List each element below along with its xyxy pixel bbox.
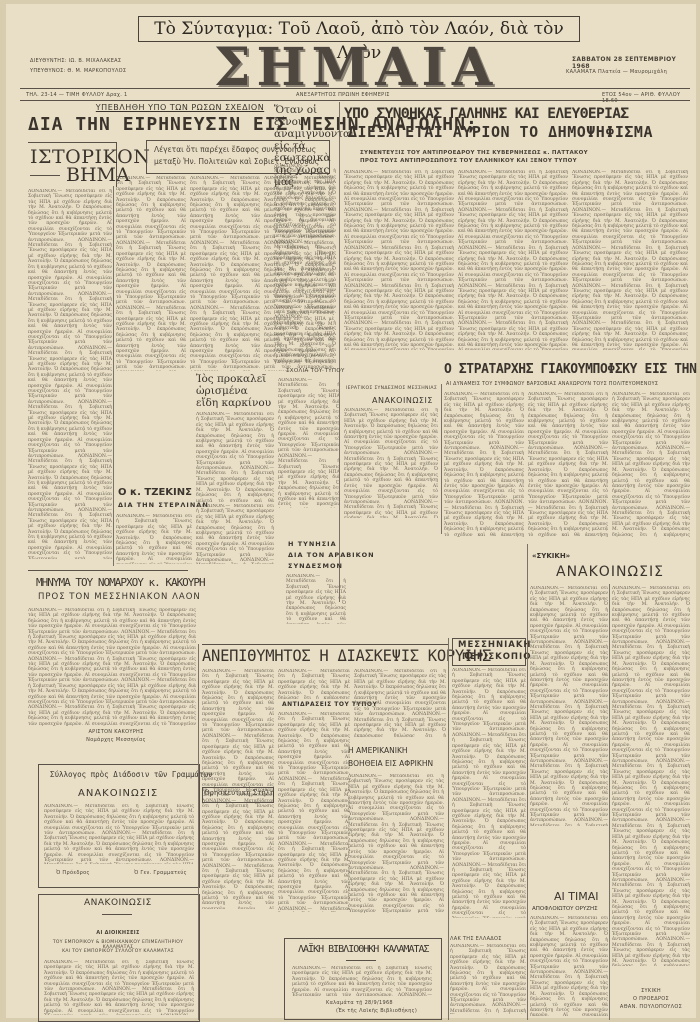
press-reactions-body: ΛΟΝΔΙΝΟΝ.— Μεταδίδεται ὅτι ἡ Σοβιετικὴ Ἕ… — [278, 712, 350, 912]
cancer-line-1: Ἰὸς προκαλεῖ — [196, 373, 286, 385]
sykiki-label: «ΣΥΚΙΚΗ» — [532, 552, 570, 560]
messene-body: ΛΟΝΔΙΝΟΝ.— Μεταδίδεται ὅτι ἡ Σοβιετικὴ Ἕ… — [344, 408, 438, 518]
sykiki-body-col1: ΛΟΝΔΙΝΟΝ.— Μεταδίδεται ὅτι ἡ Σοβιετικὴ Ἕ… — [530, 586, 608, 826]
historikon-line — [30, 175, 60, 176]
foreign-line-1: Ὅταν οἱ ξένοι — [274, 104, 336, 128]
lak-body: ΛΟΝΔΙΝΟΝ.— Μεταδίδεται ὅτι ἡ Σοβιετικὴ Ἕ… — [450, 944, 526, 1014]
press-comments-body: ΛΟΝΔΙΝΟΝ.— Μεταδίδεται ὅτι ἡ Σοβιετικὴ Ἕ… — [278, 378, 340, 508]
phone-price: ΤΗΛ. 23-14 — ΤΙΜΗ ΦΥΛΛΟΥ Δραχ. 1 — [26, 92, 127, 98]
sykiki-headline: ΑΝΑΚΟΙΝΩΣΙΣ — [556, 564, 664, 580]
sykiki-body-col2: ΛΟΝΔΙΝΟΝ.— Μεταδίδεται ὅτι ἡ Σοβιετικὴ Ἕ… — [612, 586, 690, 966]
tagline: ΑΝΕΞΑΡΤΗΤΟΣ ΠΡΩΙΝΗ ΕΦΗΜΕΡΙΣ — [296, 92, 390, 98]
press-comments-heading: ΣΧΟΛΙΑ ΤΟΥ ΤΥΠΟΥ — [286, 368, 345, 374]
foreign-line-3: εἰς τὰ ἐσωτερικὰ — [274, 140, 336, 164]
mideast-body-col2: ΛΟΝΔΙΝΟΝ.— Μεταδίδεται ὅτι ἡ Σοβιετικὴ Ἕ… — [190, 176, 260, 371]
location-line: ΚΑΛΑΜΑΤΑ Πλατεία — Μαυρομιχάλη — [566, 69, 667, 75]
issue-number: ΕΤΟΣ 54ον — ΑΡΙΘ. ΦΥΛΛΟΥ 18.60 — [602, 92, 696, 104]
summit-rule — [202, 644, 448, 645]
newspaper-page: Τὸ Σύνταγμα: Τοῦ Λαοῦ, ἀπὸ τὸν Λαόν, διὰ… — [6, 4, 696, 1018]
cancer-line-2: ὡρισμένα — [196, 385, 286, 397]
prices-headline-2: ΑΠΟΦΛΟΙΩΤΟΥ ΟΡΥΖΗΣ — [532, 906, 598, 912]
prague-body-col3: ΛΟΝΔΙΝΟΝ.— Μεταδίδεται ὅτι ἡ Σοβιετικὴ Ἕ… — [612, 392, 690, 537]
historikon-body: ΛΟΝΔΙΝΟΝ.— Μεταδίδεται ὅτι ἡ Σοβιετικὴ Ἕ… — [28, 189, 112, 559]
referendum-sub2: ΠΡΟΣ ΤΟΥΣ ΑΝΤΙΠΡΟΣΩΠΟΥΣ ΤΟΥ ΕΛΛΗΝΙΚΟΥ ΚΑ… — [360, 158, 577, 164]
summit-body-col3: ΛΟΝΔΙΝΟΝ.— Μεταδίδεται ὅτι ἡ Σοβιετικὴ Ἕ… — [354, 669, 446, 737]
chamber-line-1: ΑΙ ΔΙΟΙΚΗΣΕΙΣ — [40, 930, 196, 936]
lak-label: ΛΑΚ ΤΗΣ ΕΛΛΑΔΟΣ — [450, 936, 502, 942]
tunisia-line-2: ΔΙΑ ΤΟΝ ΑΡΑΒΙΚΟΝ — [288, 550, 375, 561]
column-rule — [448, 638, 449, 1020]
library-body: ΛΟΝΔΙΝΟΝ.— Μεταδίδεται ὅτι ἡ Σοβιετικὴ Ἕ… — [292, 966, 432, 996]
column-rule — [113, 186, 114, 566]
cancer-body: ΛΟΝΔΙΝΟΝ.— Μεταδίδεται ὅτι ἡ Σοβιετικὴ Ἕ… — [196, 412, 274, 502]
director-line: ΔΙΕΥΘΥΝΤΗΣ: ΙΩ. Β. ΜΙΧΑΛΑΚΕΑΣ — [30, 58, 121, 64]
masthead-rule — [20, 88, 690, 89]
messinia-title-2: ΠΕΡΙΣΚΟΠΙΟ — [462, 652, 531, 662]
library-headline: ΛΑΪΚΗ ΒΙΒΛΙΟΘΗΚΗ ΚΑΛΑΜΑΤΑΣ — [298, 944, 429, 955]
library-rule — [346, 960, 376, 961]
prefect-title: Νομάρχης Μεσσηνίας — [76, 737, 156, 743]
chamber-body: ΛΟΝΔΙΝΟΝ.— Μεταδίδεται ὅτι ἡ Σοβιετικὴ Ἕ… — [44, 960, 194, 1015]
cancer-headline: Ἰὸς προκαλεῖ ὡρισμένα εἴδη καρκίνου — [196, 373, 286, 409]
letters-sign-1: Ὁ Πρόεδρος — [56, 870, 90, 876]
letters-body: ΛΟΝΔΙΝΟΝ.— Μεταδίδεται ὅτι ἡ Σοβιετικὴ Ἕ… — [44, 804, 194, 864]
letters-sign-2: Ὁ Γεν. Γραμματεύς — [134, 870, 187, 876]
column-rule — [441, 384, 442, 534]
america-body: ΛΟΝΔΙΝΟΝ.— Μεταδίδεται ὅτι ἡ Σοβιετικὴ Ἕ… — [348, 774, 444, 914]
tzekins-headline-1: Ο κ. ΤΖΕΚΙΝΣ — [118, 487, 192, 498]
prefect-body: ΛΟΝΔΙΝΟΝ.— Μεταδίδεται ὅτι ἡ Σοβιετικὴ Ἕ… — [28, 608, 196, 726]
messinia-body: ΛΟΝΔΙΝΟΝ.— Μεταδίδεται ὅτι ἡ Σοβιετικὴ Ἕ… — [452, 668, 526, 918]
column-rule — [527, 544, 528, 1020]
chamber-line-3: ΚΑΙ ΤΟΥ ΕΜΠΟΡΙΚΟΥ ΣΥΛΛΟΓΟΥ ΚΑΛΑΜΑΤΑΣ — [40, 949, 196, 954]
tunisia-headline: Η ΤΥΝΗΣΙΑ ΔΙΑ ΤΟΝ ΑΡΑΒΙΚΟΝ ΣΥΝΔΕΣΜΟΝ — [288, 539, 375, 572]
column-rule — [198, 644, 199, 1020]
referendum-body-col1: ΛΟΝΔΙΝΟΝ.— Μεταδίδεται ὅτι ἡ Σοβιετικὴ Ἕ… — [344, 170, 454, 350]
tzekins-body: ΛΟΝΔΙΝΟΝ.— Μεταδίδεται ὅτι ἡ Σοβιετικὴ Ἕ… — [116, 514, 192, 564]
sykiki-sign-1: ΣΥΚΙΚΗ — [612, 988, 690, 994]
prague-body-col1: ΛΟΝΔΙΝΟΝ.— Μεταδίδεται ὅτι ἡ Σοβιετικὴ Ἕ… — [444, 392, 524, 537]
prefect-headline-2: ΠΡΟΣ ΤΟΝ ΜΕΣΣΗΝΙΑΚΟΝ ΛΑΟΝ — [38, 592, 201, 602]
referendum-body-col3: ΛΟΝΔΙΝΟΝ.— Μεταδίδεται ὅτι ἡ Σοβιετικὴ Ἕ… — [572, 170, 688, 350]
prefect-rule — [28, 570, 188, 571]
tunisia-line-1: Η ΤΥΝΗΣΙΑ — [288, 539, 375, 550]
newspaper-title: ΣΗΜΑΙΑ — [206, 44, 506, 92]
foreign-line-2: ἀναμιγνύονται — [274, 128, 336, 140]
religious-heading: Θρησκευτικὴ Στήλη — [204, 789, 274, 797]
referendum-headline-2: ΔΙΕΞΑΓΕΤΑΙ ΑΥΡΙΟΝ ΤΟ ΔΗΜΟΨΗΦΙΣΜΑ — [348, 123, 653, 141]
letters-notice: ΑΝΑΚΟΙΝΩΣΙΣ — [78, 788, 158, 799]
messene-notice: ΑΝΑΚΟΙΝΩΣΙΣ — [372, 396, 433, 405]
foreign-body: ΛΟΝΔΙΝΟΝ.— Μεταδίδεται ὅτι ἡ Σοβιετικὴ Ἕ… — [274, 164, 336, 364]
cancer-line-3: εἴδη καρκίνου — [196, 397, 286, 409]
messinia-title-1: ΜΕΣΣΗΝΙΑΚΗ — [458, 640, 532, 650]
prague-body-col2: ΛΟΝΔΙΝΟΝ.— Μεταδίδεται ὅτι ἡ Σοβιετικὴ Ἕ… — [528, 392, 608, 537]
prefect-headline-1: ΜΗΝΥΜΑ ΤΟΥ ΝΟΜΑΡΧΟΥ κ. ΚΑΚΟΥΡΗ — [36, 576, 205, 589]
referendum-headline-1: ΥΠΟ ΣΥΝΘΗΚΑΣ ΓΑΛΗΝΗΣ ΚΑΙ ΕΛΕΥΘΕΡΙΑΣ — [344, 106, 629, 122]
prague-subhead: ΑΙ ΔΥΝΑΜΕΙΣ ΤΟΥ ΣΥΜΦΩΝΟΥ ΒΑΡΣΟΒΙΑΣ ΑΝΑΧΩ… — [446, 382, 658, 387]
chamber-rule — [102, 914, 132, 915]
america-line-2: ΒΟΗΘΕΙΑ ΕΙΣ ΑΦΡΙΚΗΝ — [348, 757, 433, 770]
library-date: Καλαμάτα τῇ 28/9/1968 — [326, 1000, 393, 1006]
prices-body: ΛΟΝΔΙΝΟΝ.— Μεταδίδεται ὅτι ἡ Σοβιετικὴ Ἕ… — [530, 916, 608, 1016]
america-headline: Η ΑΜΕΡΙΚΑΝΙΚΗ ΒΟΗΘΕΙΑ ΕΙΣ ΑΦΡΙΚΗΝ — [348, 744, 433, 770]
dateline-rule — [20, 100, 690, 101]
referendum-body-col2: ΛΟΝΔΙΝΟΝ.— Μεταδίδεται ὅτι ἡ Σοβιετικὴ Ἕ… — [458, 170, 568, 350]
issue-date: ΣΑΒΒΑΤΟΝ 28 ΣΕΠΤΕΜΒΡΙΟΥ 1968 — [572, 56, 696, 70]
messene-assoc: ΙΕΡΑΤΙΚΟΣ ΣΥΝΔΕΣΜΟΣ ΜΕΣΣΗΝΙΑΣ — [346, 386, 437, 391]
column-rule — [339, 102, 340, 602]
referendum-sub1: ΣΥΝΕΝΤΕΥΞΙΣ ΤΟΥ ΑΝΤΙΠΡΟΕΔΡΟΥ ΤΗΣ ΚΥΒΕΡΝΗ… — [360, 150, 588, 156]
chamber-notice: ΑΝΑΚΟΙΝΩΣΙΣ — [84, 898, 152, 908]
column-rule — [609, 584, 610, 1020]
america-line-1: Η ΑΜΕΡΙΚΑΝΙΚΗ — [348, 744, 433, 757]
sykiki-sign-3: ΑΘΑΝ. ΠΟΥΛΟΠΟΥΛΟΣ — [612, 1004, 690, 1010]
sykiki-sign-2: Ο ΠΡΟΕΔΡΟΣ — [612, 996, 690, 1002]
mideast-continued: ΛΟΝΔΙΝΟΝ.— Μεταδίδεται ὅτι ἡ Σοβιετικὴ Ἕ… — [196, 504, 274, 564]
responsible-line: ΥΠΕΥΘΥΝΟΣ: Θ. Μ. ΜΑΡΚΟΠΟΥΛΟΣ — [30, 68, 126, 74]
tunisia-line-3: ΣΥΝΔΕΣΜΟΝ — [288, 561, 375, 572]
mideast-body-col1: ΛΟΝΔΙΝΟΝ.— Μεταδίδεται ὅτι ἡ Σοβιετικὴ Ἕ… — [116, 176, 186, 371]
prague-headline: Ο ΣΤΡΑΤΑΡΧΗΣ ΓΙΑΚΟΥΜΠΟΦΣΚΥ ΕΙΣ ΤΗΝ ΠΡΑΓΑ… — [444, 362, 700, 377]
prefect-signature: ΑΡΙΣΤΟΝ ΚΑΚΟΥΡΗΣ — [76, 729, 156, 735]
prices-headline-1: ΑΙ ΤΙΜΑΙ — [554, 890, 599, 903]
letters-assoc: Σύλλογος πρὸς Διάδοσιν τῶν Γραμμάτων — [50, 770, 213, 779]
library-sign: (Ἐκ τῆς Λαϊκῆς Βιβλιοθήκης) — [336, 1008, 417, 1014]
tunisia-body: ΛΟΝΔΙΝΟΝ.— Μεταδίδεται ὅτι ἡ Σοβιετικὴ Ἕ… — [286, 574, 346, 624]
summit-body-col2: ΛΟΝΔΙΝΟΝ.— Μεταδίδεται ὅτι ἡ Σοβιετικὴ Ἕ… — [278, 669, 350, 699]
